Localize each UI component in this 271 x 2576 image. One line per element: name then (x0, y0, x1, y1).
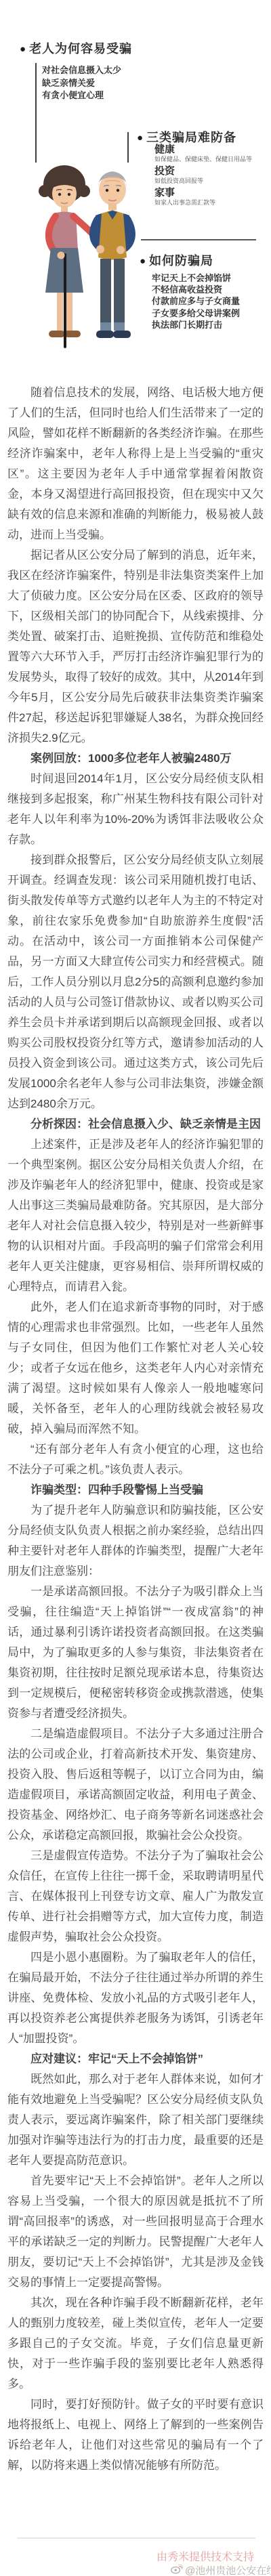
article-body: 随着信息技术的发展，网络、电话极大地方便了人们的生活，但同时也给人们生活带来了一… (0, 383, 271, 2476)
article-paragraph: 时间退回2014年1月，区公安分局经侦支队相继接到多起报案，称广州某生物科技有限… (7, 769, 264, 850)
watermark-text: @池州贵池公安在线 (185, 2563, 271, 2576)
bullet-icon: ● (20, 43, 26, 55)
article-paragraph: 为了提升老年人防骗意识和防骗技能，区公安分局经侦支队负责人根据之前办案经验，总结… (7, 1500, 264, 1582)
tip-item: 付款前应多与子女商量 (152, 295, 240, 307)
article-paragraph: 据记者从区公安分局了解到的消息，近年来，我区在经济诈骗案件，特别是非法集资类案件… (7, 545, 264, 748)
article-paragraph: 此外，老人们在追求新奇事物的同时，对于感情的心理需求也非常强烈。比如，一些老年人… (7, 1297, 264, 1439)
article-paragraph: 案例回放：1000多位老年人被骗2480万 (7, 748, 264, 769)
article-paragraph: “还有部分老年人有贪小便宜的心理，这也给不法分子可乘之机。”该负责人表示。 (7, 1439, 264, 1480)
article-paragraph: 四是小恩小惠圈粉。为了骗取老年人的信任，在骗局最开始，不法分子往往通过举办所谓的… (7, 1947, 264, 2049)
prevention-tips-list: 牢记天上不会掉馅饼不轻信高收益投资付款前应多与子女商量子女要多给父母讲案例执法部… (152, 272, 240, 331)
category-note: 如家人出事急需汇款等 (154, 198, 252, 207)
connector-line (35, 63, 37, 163)
why-reasons-list: 对社会信息摄入太少缺乏亲情关爱有贪小便宜心理 (42, 64, 121, 102)
section-title: 老人为何容易受骗 (29, 42, 132, 56)
scam-category: 家事 如家人出事急需汇款等 (154, 187, 252, 207)
article-paragraph: 既然如此，那么对于老年人群体来说，如何才能有效地避免上当受骗呢？区公安分局经侦支… (7, 2069, 264, 2171)
connector-line (127, 132, 129, 163)
weibo-watermark: @池州贵池公安在线 (171, 2563, 271, 2576)
tip-item: 执法部门长期打击 (152, 319, 240, 331)
elderly-couple-illustration (26, 161, 148, 352)
article-page: ●老人为何容易受骗 对社会信息摄入太少缺乏亲情关爱有贪小便宜心理 ●三类骗局难防… (0, 0, 271, 2576)
how-to-prevent-heading: ●如何防骗局 (140, 251, 213, 269)
article-paragraph: 诈骗类型：四种手段警惕上当受骗 (7, 1480, 264, 1500)
category-label: 家事 (154, 187, 252, 198)
article-paragraph: 分析探因：社会信息摄入少、缺乏亲情是主因 (7, 1114, 264, 1135)
section-title: 如何防骗局 (149, 254, 213, 268)
anti-fraud-infographic: ●老人为何容易受骗 对社会信息摄入太少缺乏亲情关爱有贪小便宜心理 ●三类骗局难防… (0, 0, 271, 383)
article-paragraph: 同时，要打好预防针。做子女的平时要有意识地将报纸上、电视上、网络上了解到的一些案… (7, 2394, 264, 2476)
section-title: 三类骗局难防备 (146, 131, 236, 144)
article-paragraph: 一是承诺高额回报。不法分子为吸引群众上当受骗，往往编造“天上掉馅饼”“一夜成富翁… (7, 1582, 264, 1724)
article-paragraph: 其次，现在各种诈骗手段不断翻新花样，老年人的甄别力度较差，碰上类似宣传，老年人一… (7, 2293, 264, 2394)
article-paragraph: 二是编造虚假项目。不法分子大多通过注册合法的公司或企业，打着高新技术开发、集资建… (7, 1724, 264, 1846)
article-paragraph: 应对建议：牢记“天上不会掉馅饼” (7, 2049, 264, 2069)
why-seniors-fooled-heading: ●老人为何容易受骗 (20, 39, 132, 57)
tip-item: 子女要多给父母讲案例 (152, 308, 240, 319)
category-note: 如保健品、保健床垫、保健日用品等 (154, 155, 252, 163)
scam-categories: 健康 如保健品、保健床垫、保健日用品等 投资 如低投资高回报等 家事 如家人出事… (154, 144, 252, 209)
scam-category: 投资 如低投资高回报等 (154, 165, 252, 185)
bullet-icon: ● (140, 255, 146, 267)
credit-text: 由秀米提供技术支持 (157, 2548, 254, 2564)
tip-item: 牢记天上不会掉馅饼 (152, 272, 240, 284)
reason-item: 缺乏亲情关爱 (42, 77, 121, 90)
category-label: 健康 (154, 144, 252, 155)
article-paragraph: 三是虚假宣传造势。不法分子为了骗取社会公众信任，在宣传上往往一掷千金，采取聘请明… (7, 1846, 264, 1947)
category-label: 投资 (154, 165, 252, 177)
reason-item: 对社会信息摄入太少 (42, 64, 121, 77)
article-paragraph: 随着信息技术的发展，网络、电话极大地方便了人们的生活，但同时也给人们生活带来了一… (7, 383, 264, 545)
bullet-icon: ● (137, 132, 144, 144)
weibo-icon (171, 2564, 183, 2576)
tip-item: 不轻信高收益投资 (152, 284, 240, 295)
reason-item: 有贪小便宜心理 (42, 89, 121, 102)
grandma-figure (39, 165, 100, 348)
category-note: 如低投资高回报等 (154, 177, 252, 185)
footer-divider (17, 2537, 255, 2539)
grandpa-figure (93, 171, 131, 338)
article-paragraph: 首先要牢记“天上不会掉馅饼”。老年人之所以容易上当受骗，一个很大的原因就是抵抗不… (7, 2171, 264, 2293)
article-paragraph: 上述案件，正是涉及老年人的经济诈骗犯罪的一个典型案例。据区公安分局相关负责人介绍… (7, 1135, 264, 1297)
article-paragraph: 接到群众报警后，区公安分局经侦支队立刻展开调查。经调查发现：该公司采用随机拨打电… (7, 850, 264, 1114)
scam-category: 健康 如保健品、保健床垫、保健日用品等 (154, 144, 252, 163)
section-divider (141, 239, 256, 240)
